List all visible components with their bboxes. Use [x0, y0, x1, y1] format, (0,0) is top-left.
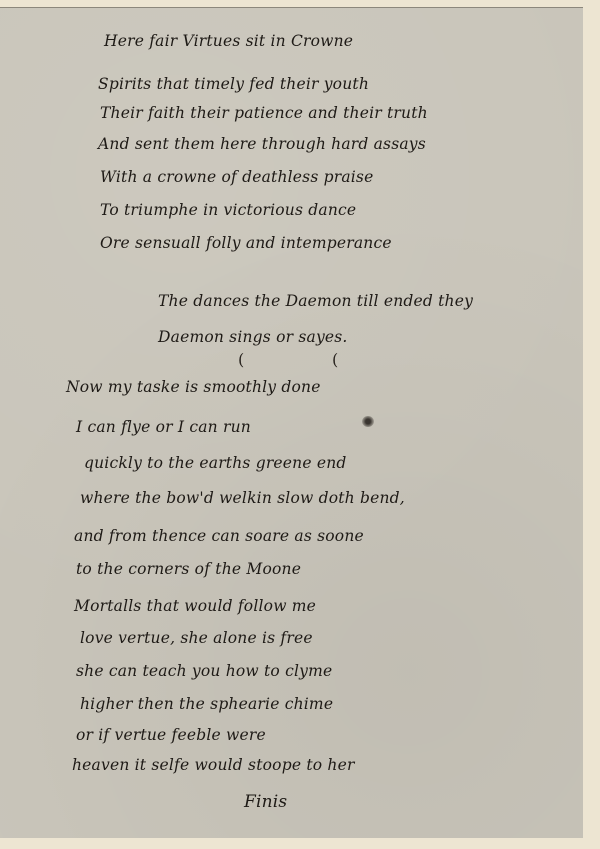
manuscript-line: Spirits that timely fed their youth: [98, 75, 369, 93]
finis-mark: Finis: [244, 792, 287, 812]
manuscript-line: Mortalls that would follow me: [74, 597, 316, 615]
manuscript-line: To triumphe in victorious dance: [100, 201, 356, 219]
manuscript-line: and from thence can soare as soone: [74, 527, 364, 545]
bracket-mark: (: [238, 350, 244, 369]
manuscript-line: Their faith their patience and their tru…: [100, 104, 428, 122]
manuscript-line: Here fair Virtues sit in Crowne: [104, 32, 353, 50]
manuscript-page: Here fair Virtues sit in Crowne Spirits …: [0, 7, 583, 838]
manuscript-line: quickly to the earths greene end: [84, 454, 347, 472]
manuscript-line: I can flye or I can run: [76, 418, 251, 436]
manuscript-line: With a crowne of deathless praise: [100, 168, 373, 186]
ink-blot: [362, 416, 374, 427]
manuscript-line: Ore sensuall folly and intemperance: [100, 234, 392, 252]
manuscript-line: And sent them here through hard assays: [98, 135, 426, 153]
manuscript-line: love vertue, she alone is free: [80, 629, 313, 647]
stage-direction-line: The dances the Daemon till ended they: [158, 292, 473, 310]
manuscript-line: to the corners of the Moone: [76, 560, 301, 578]
manuscript-line: or if vertue feeble were: [76, 726, 266, 744]
bracket-mark: (: [332, 350, 338, 369]
manuscript-line: higher then the sphearie chime: [80, 695, 333, 713]
stage-direction-line: Daemon sings or sayes.: [158, 328, 348, 346]
manuscript-line: Now my taske is smoothly done: [66, 378, 321, 396]
manuscript-line: she can teach you how to clyme: [76, 662, 332, 680]
manuscript-line: where the bow'd welkin slow doth bend,: [80, 489, 405, 507]
manuscript-line: heaven it selfe would stoope to her: [72, 756, 355, 774]
